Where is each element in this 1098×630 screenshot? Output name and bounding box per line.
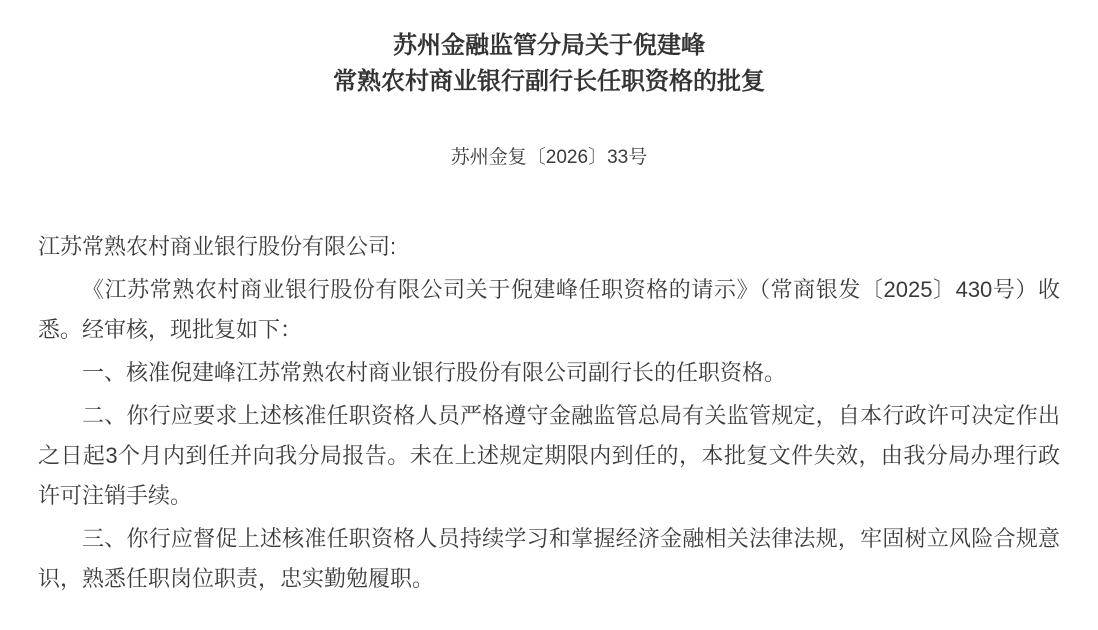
document-title-line-2: 常熟农村商业银行副行长任职资格的批复 <box>60 64 1038 100</box>
paragraph-item-2: 二、你行应要求上述核准任职资格人员严格遵守金融监管总局有关监管规定，自本行政许可… <box>38 396 1060 516</box>
paragraph-item-1: 一、核准倪建峰江苏常熟农村商业银行股份有限公司副行长的任职资格。 <box>38 353 1060 393</box>
document-page: 苏州金融监管分局关于倪建峰 常熟农村商业银行副行长任职资格的批复 苏州金复〔20… <box>0 0 1098 630</box>
paragraph-intro: 《江苏常熟农村商业银行股份有限公司关于倪建峰任职资格的请示》（常商银发〔2025… <box>38 270 1060 350</box>
recipient-line: 江苏常熟农村商业银行股份有限公司: <box>38 227 1060 267</box>
document-title-line-1: 苏州金融监管分局关于倪建峰 <box>60 28 1038 64</box>
document-number: 苏州金复〔2026〕33号 <box>0 142 1098 169</box>
document-body: 江苏常熟农村商业银行股份有限公司: 《江苏常熟农村商业银行股份有限公司关于倪建峰… <box>38 227 1060 599</box>
paragraph-item-3: 三、你行应督促上述核准任职资格人员持续学习和掌握经济金融相关法律法规，牢固树立风… <box>38 519 1060 599</box>
document-title: 苏州金融监管分局关于倪建峰 常熟农村商业银行副行长任职资格的批复 <box>60 28 1038 100</box>
